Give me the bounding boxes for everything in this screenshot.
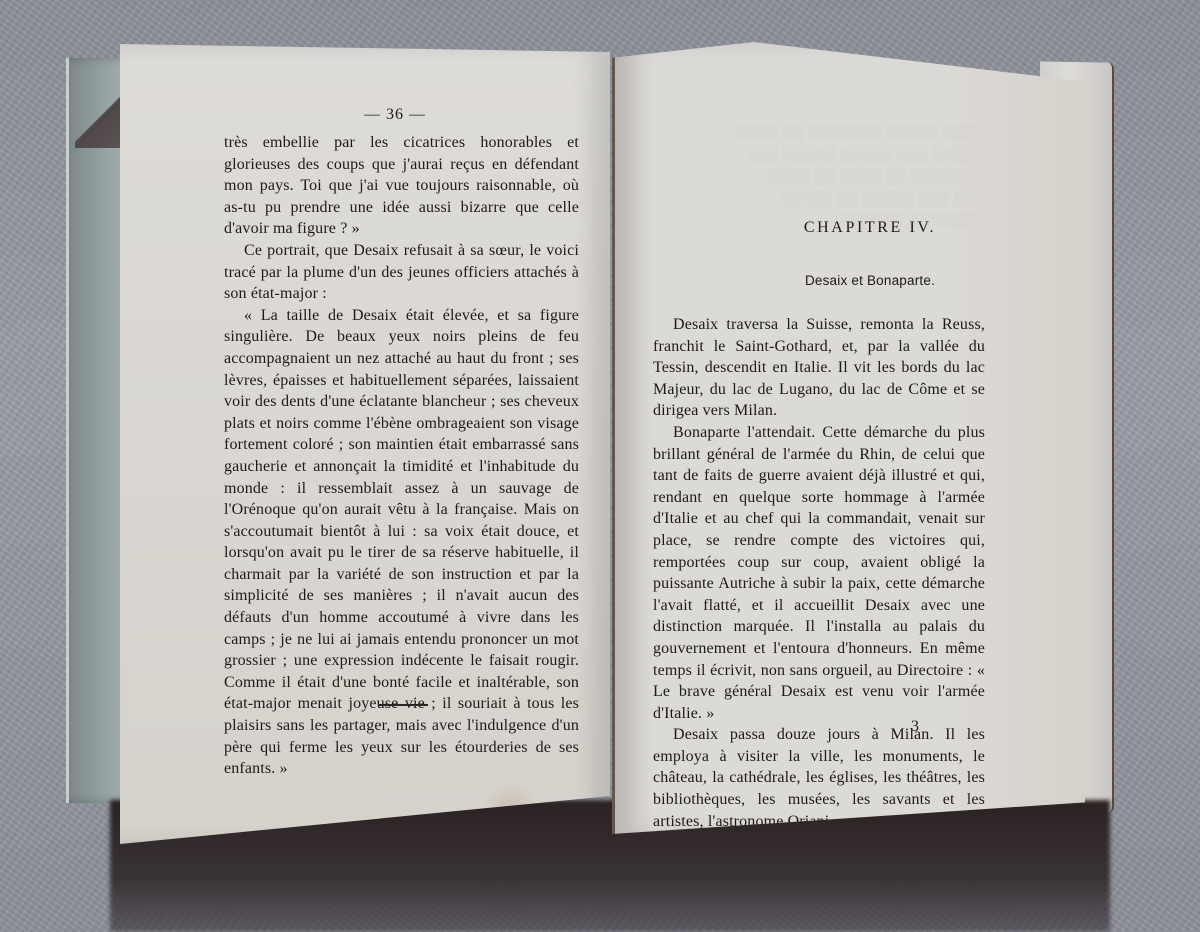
paragraph: très embellie par les cicatrices honorab… — [224, 132, 579, 240]
right-page: ░░░ ░░░░░ ░░░░░░░ ░░ ░░░░░░░░ ░░░ ░░░░░ … — [612, 42, 1085, 834]
paragraph: « La taille de Desaix était élevée, et s… — [224, 305, 579, 780]
bleed-through-text: ░░░ ░░░░░ ░░░░░░░ ░░ ░░░░░░░░ ░░░ ░░░░░ … — [715, 122, 975, 232]
chapter-title: CHAPITRE IV. — [615, 219, 1085, 237]
left-page-body: très embellie par les cicatrices honorab… — [224, 132, 579, 780]
right-page-body: Desaix traversa la Suisse, remonta la Re… — [653, 314, 985, 832]
page-number: — 36 — — [120, 106, 610, 124]
section-separator — [378, 704, 428, 706]
chapter-subtitle: Desaix et Bonaparte. — [615, 273, 1085, 288]
left-page: — 36 — très embellie par les cicatrices … — [120, 44, 610, 844]
paragraph: Ce portrait, que Desaix refusait à sa sœ… — [224, 240, 579, 305]
paragraph: Desaix traversa la Suisse, remonta la Re… — [653, 314, 985, 422]
paragraph: Bonaparte l'attendait. Cette démarche du… — [653, 422, 985, 724]
signature-mark: 3 — [911, 718, 919, 736]
